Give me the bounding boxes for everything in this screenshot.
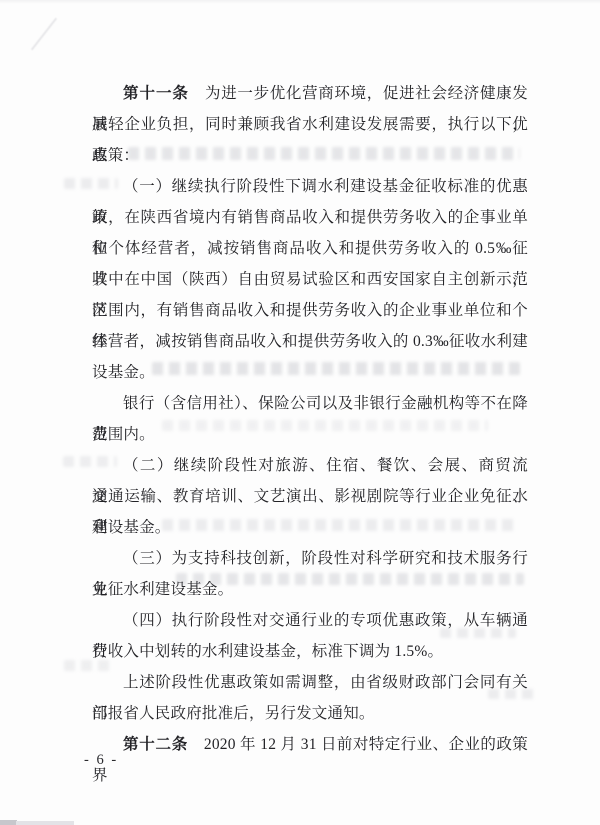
document-line: 经营者，减按销售商品收入和提供劳务收入的 0.3‰征收水利建 [92,326,528,357]
bleedthrough-artifact [64,178,118,189]
document-line: 其中在中国（陕西）自由贸易试验区和西安国家自主创新示范区 [92,264,528,295]
document-line: 范围内，有销售商品收入和提供劳务收入的企业事业单位和个体 [92,295,528,326]
bleedthrough-artifact [128,147,520,160]
bleedthrough-artifact [162,420,488,431]
line-text: 范围内。 [92,426,155,443]
line-text: 经营者，减按销售商品收入和提供劳务收入的 0.3‰征收水利建 [92,333,528,350]
line-text: 建设基金。 [92,519,171,536]
scan-smudge-artifact [16,821,74,825]
bleedthrough-artifact [440,628,516,638]
document-line: 门报省人民政府批准后，另行发文通知。 [92,698,528,729]
document-body: 第十一条 为进一步优化营商环境，促进社会经济健康发展，减轻企业负担，同时兼顾我省… [92,78,528,760]
document-line: 银行（含信用社）、保险公司以及非银行金融机构等不在降费 [92,388,528,419]
page-number: - 6 - [84,752,118,769]
scanned-document-page: 第十一条 为进一步优化营商环境，促进社会经济健康发展，减轻企业负担，同时兼顾我省… [0,0,600,825]
document-line: 费收入中划转的水利建设基金，标准下调为 1.5%。 [92,636,528,667]
article-number-term: 第十二条 [123,736,188,753]
scan-edge-artifact [0,0,600,4]
document-line: 策，在陕西省境内有销售商品收入和提供劳务收入的企事业单位 [92,202,528,233]
article-number-term: 第十一条 [123,85,189,102]
document-line: （三）为支持科技创新，阶段性对科学研究和技术服务行业 [92,543,528,574]
line-text: 费收入中划转的水利建设基金，标准下调为 1.5%。 [92,643,443,660]
bleedthrough-artifact [162,519,518,531]
line-text: 门报省人民政府批准后，另行发文通知。 [92,705,375,722]
document-line: （二）继续阶段性对旅游、住宿、餐饮、会展、商贸流通、 [92,450,528,481]
document-line: 第十二条 2020 年 12 月 31 日前对特定行业、企业的政策界 [92,729,528,760]
bleedthrough-artifact [64,660,112,671]
document-line: 和个体经营者，减按销售商品收入和提供劳务收入的 0.5‰征收， [92,233,528,264]
document-line: 上述阶段性优惠政策如需调整，由省级财政部门会同有关部 [92,667,528,698]
document-line: 第十一条 为进一步优化营商环境，促进社会经济健康发展， [92,78,528,109]
scan-smudge-artifact [0,820,17,825]
bleedthrough-artifact [63,456,117,467]
scan-scratch-artifact [31,18,57,51]
document-line: 减轻企业负担，同时兼顾我省水利建设发展需要，执行以下优惠 [92,109,528,140]
bleedthrough-artifact [152,362,520,375]
document-line: （一）继续执行阶段性下调水利建设基金征收标准的优惠政 [92,171,528,202]
bleedthrough-artifact [488,689,538,699]
document-line: 交通运输、教育培训、文艺演出、影视剧院等行业企业免征水利 [92,481,528,512]
line-text: 设基金。 [92,364,155,381]
bleedthrough-artifact [176,573,524,585]
